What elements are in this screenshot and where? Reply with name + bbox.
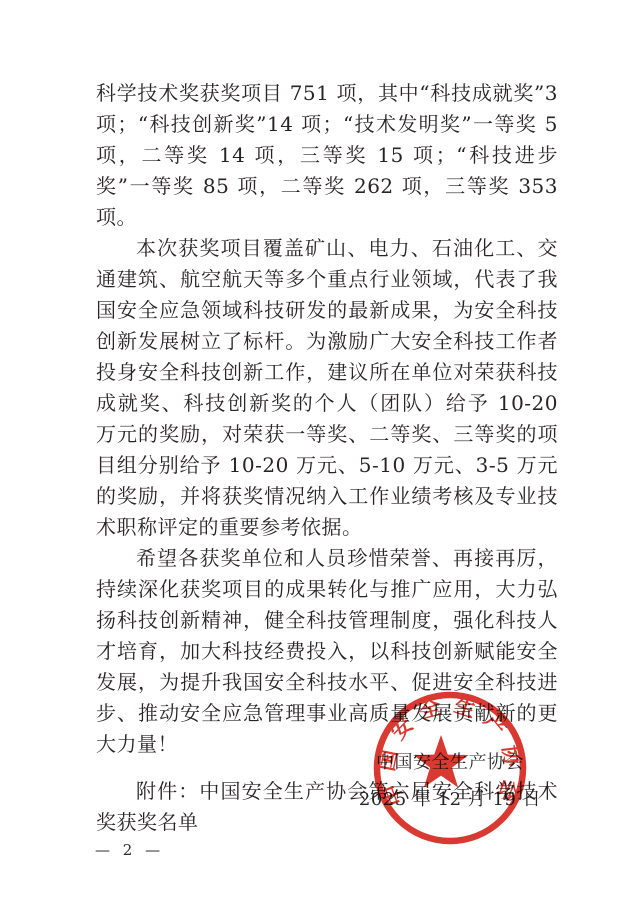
body-paragraph: 科学技术奖获奖项目 751 项，其中“科技成就奖”3 项；“科技创新奖”14 项… xyxy=(96,78,558,233)
body-paragraph: 本次获奖项目覆盖矿山、电力、石油化工、交通建筑、航空航天等多个重点行业领域，代表… xyxy=(96,233,558,543)
document-page: 科学技术奖获奖项目 751 项，其中“科技成就奖”3 项；“科技创新奖”14 项… xyxy=(0,0,641,905)
page-number: — 2 — xyxy=(95,841,164,859)
document-body: 科学技术奖获奖项目 751 项，其中“科技成就奖”3 项；“科技创新奖”14 项… xyxy=(96,78,558,838)
body-paragraph: 希望各获奖单位和人员珍惜荣誉、再接再厉，持续深化获奖项目的成果转化与推广应用，大… xyxy=(96,543,558,760)
signature-block: 中国安全生产协会 2025 年 12 月 19 日 xyxy=(352,744,548,818)
signature-date: 2025 年 12 月 19 日 xyxy=(352,781,548,818)
signature-organization: 中国安全生产协会 xyxy=(352,744,548,781)
